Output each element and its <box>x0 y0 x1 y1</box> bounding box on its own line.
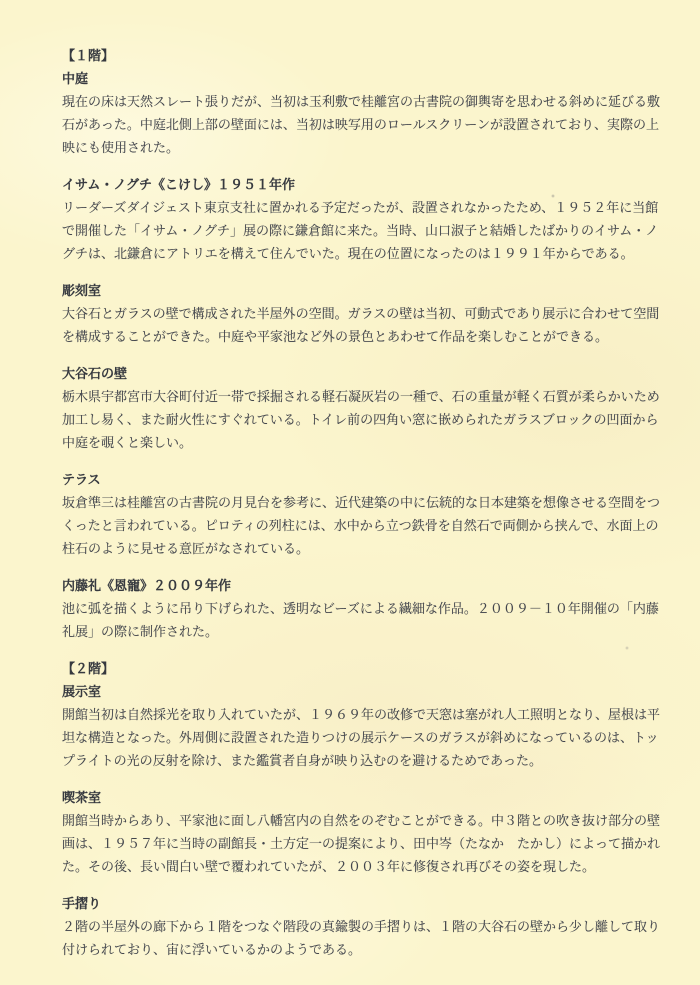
section-text-line: 画は、１９５７年に当時の副館長・土方定一の提案により、田中岑（たなか たかし）に… <box>62 832 660 855</box>
scanned-document-page: 【１階】中庭現在の床は天然スレート張りだが、当初は玉利敷で桂離宮の古書院の御輿寄… <box>0 0 700 985</box>
section-text-line: 大谷石とガラスの壁で構成された半屋外の空間。ガラスの壁は当初、可動式であり展示に… <box>62 302 660 325</box>
section-text-line: 加工し易く、また耐火性にすぐれている。トイレ前の四角い窓に嵌められたガラスブロッ… <box>62 408 660 431</box>
document-section: 手摺り２階の半屋外の廊下から１階をつなぐ階段の真鍮製の手摺りは、１階の大谷石の壁… <box>62 892 660 961</box>
section-text-line: 池に弧を描くように吊り下げられた、透明なビーズによる繊細な作品。２００９－１０年… <box>62 597 660 620</box>
document-section: テラス坂倉準三は桂離宮の古書院の月見台を参考に、近代建築の中に伝統的な日本建築を… <box>62 468 660 560</box>
section-heading: 大谷石の壁 <box>62 362 660 385</box>
section-text-line: 付けられており、宙に浮いているかのようである。 <box>62 938 660 961</box>
section-heading: 内藤礼《恩寵》２００９年作 <box>62 574 660 597</box>
section-text-line: 中庭を覗くと楽しい。 <box>62 431 660 454</box>
section-text-line: 礼展」の際に制作された。 <box>62 620 660 643</box>
section-text-line: プライトの光の反射を除け、また鑑賞者自身が映り込むのを避けるためであった。 <box>62 749 660 772</box>
document-section: 展示室開館当初は自然採光を取り入れていたが、１９６９年の改修で天窓は塞がれ人工照… <box>62 680 660 772</box>
section-text-line: 柱石のように見せる意匠がなされている。 <box>62 537 660 560</box>
section-text-line: た。その後、長い間白い壁で覆われていたが、２００３年に修復され再びその姿を現した… <box>62 855 660 878</box>
document-section: 彫刻室大谷石とガラスの壁で構成された半屋外の空間。ガラスの壁は当初、可動式であり… <box>62 279 660 348</box>
section-text-line: くったと言われている。ピロティの列柱には、水中から立つ鉄骨を自然石で両側から挟ん… <box>62 514 660 537</box>
floor-label: 【１階】 <box>62 44 660 67</box>
section-text-line: リーダーズダイジェスト東京支社に置かれる予定だったが、設置されなかったため、１９… <box>62 196 660 219</box>
section-heading: 展示室 <box>62 680 660 703</box>
section-text-line: ２階の半屋外の廊下から１階をつなぐ階段の真鍮製の手摺りは、１階の大谷石の壁から少… <box>62 915 660 938</box>
floor-label: 【２階】 <box>62 657 660 680</box>
section-heading: テラス <box>62 468 660 491</box>
document-section: 中庭現在の床は天然スレート張りだが、当初は玉利敷で桂離宮の古書院の御輿寄を思わせ… <box>62 67 660 159</box>
section-text-line: 坂倉準三は桂離宮の古書院の月見台を参考に、近代建築の中に伝統的な日本建築を想像さ… <box>62 491 660 514</box>
section-text-line: グチは、北鎌倉にアトリエを構えて住んでいた。現在の位置になったのは１９９１年から… <box>62 242 660 265</box>
section-text-line: 石があった。中庭北側上部の壁面には、当初は映写用のロールスクリーンが設置されてお… <box>62 113 660 136</box>
document-section: イサム・ノグチ《こけし》１９５１年作リーダーズダイジェスト東京支社に置かれる予定… <box>62 173 660 265</box>
section-heading: 手摺り <box>62 892 660 915</box>
document-section: 内藤礼《恩寵》２００９年作池に弧を描くように吊り下げられた、透明なビーズによる繊… <box>62 574 660 643</box>
section-text-line: 映にも使用された。 <box>62 136 660 159</box>
section-text-line: 現在の床は天然スレート張りだが、当初は玉利敷で桂離宮の古書院の御輿寄を思わせる斜… <box>62 90 660 113</box>
section-heading: イサム・ノグチ《こけし》１９５１年作 <box>62 173 660 196</box>
document-section: 大谷石の壁栃木県宇都宮市大谷町付近一帯で採掘される軽石凝灰岩の一種で、石の重量が… <box>62 362 660 454</box>
section-text-line: 栃木県宇都宮市大谷町付近一帯で採掘される軽石凝灰岩の一種で、石の重量が軽く石質が… <box>62 385 660 408</box>
section-heading: 彫刻室 <box>62 279 660 302</box>
document-section: 喫茶室開館当時からあり、平家池に面し八幡宮内の自然をのぞむことができる。中３階と… <box>62 786 660 878</box>
section-text-line: で開催した「イサム・ノグチ」展の際に鎌倉館に来た。当時、山口淑子と結婚したばかり… <box>62 219 660 242</box>
section-text-line: 坦な構造となった。外周側に設置された造りつけの展示ケースのガラスが斜めになってい… <box>62 726 660 749</box>
section-heading: 中庭 <box>62 67 660 90</box>
section-text-line: を構成することができた。中庭や平家池など外の景色とあわせて作品を楽しむことができ… <box>62 325 660 348</box>
section-text-line: 開館当初は自然採光を取り入れていたが、１９６９年の改修で天窓は塞がれ人工照明とな… <box>62 703 660 726</box>
section-heading: 喫茶室 <box>62 786 660 809</box>
section-text-line: 開館当時からあり、平家池に面し八幡宮内の自然をのぞむことができる。中３階との吹き… <box>62 809 660 832</box>
